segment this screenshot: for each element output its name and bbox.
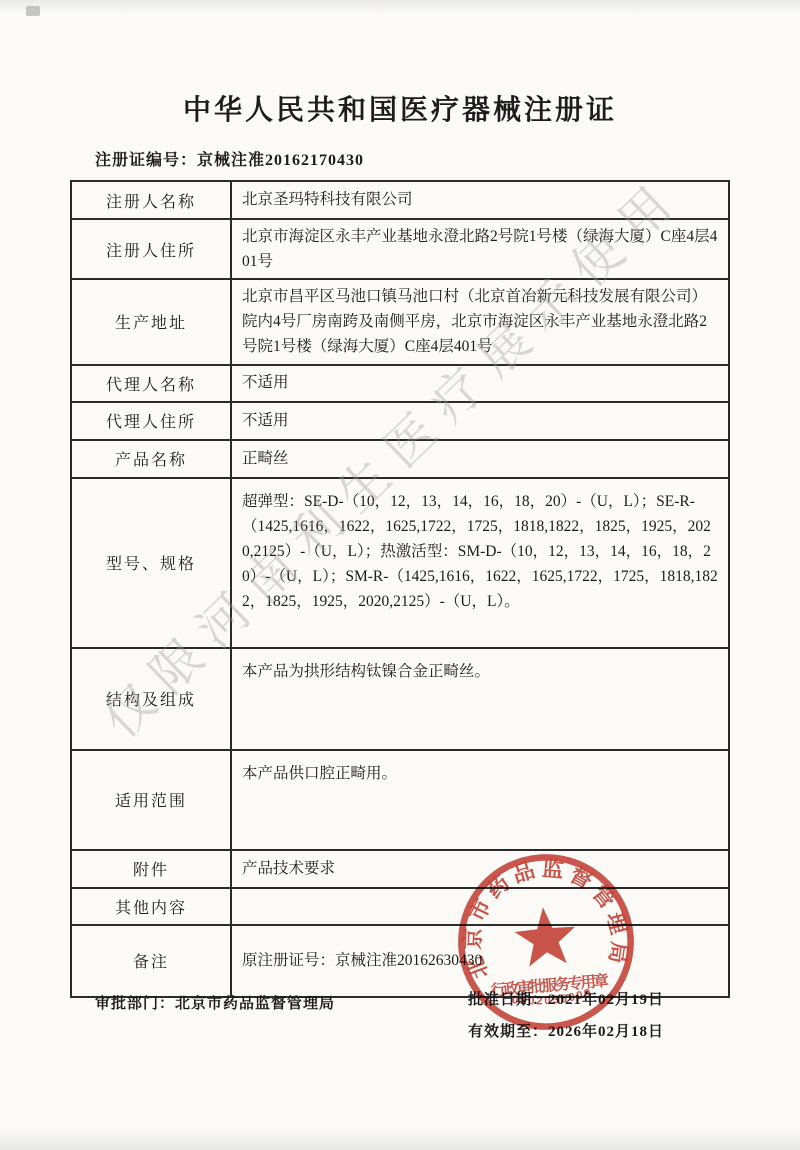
footer-dates: 批准日期：2021年02月19日 有效期至：2026年02月18日 [468, 988, 664, 1052]
table-row: 其他内容 [72, 889, 728, 926]
row-value: 不适用 [232, 366, 728, 401]
row-label: 结构及组成 [72, 649, 232, 749]
registration-number-value: 京械注准20162170430 [197, 152, 364, 169]
certificate-page: 仅限河南利生医疗展示使用 中华人民共和国医疗器械注册证 注册证编号：京械注准20… [0, 0, 800, 1150]
row-label: 注册人住所 [72, 220, 232, 278]
table-row: 结构及组成 本产品为拱形结构钛镍合金正畸丝。 [72, 649, 728, 751]
row-label: 附件 [72, 851, 232, 887]
table-row: 注册人住所 北京市海淀区永丰产业基地永澄北路2号院1号楼（绿海大厦）C座4层40… [72, 220, 728, 280]
table-row: 备注 原注册证号：京械注准20162630430 [72, 926, 728, 996]
row-label: 代理人住所 [72, 403, 232, 439]
approval-date: 批准日期：2021年02月19日 [468, 988, 664, 1009]
row-label: 适用范围 [72, 751, 232, 849]
row-label: 注册人名称 [72, 182, 232, 218]
table-row: 代理人名称 不适用 [72, 366, 728, 403]
row-value: 超弹型：SE-D-（10，12，13，14，16，18，20）-（U，L）；SE… [232, 479, 728, 647]
table-row: 代理人住所 不适用 [72, 403, 728, 441]
row-value: 北京市昌平区马池口镇马池口村（北京首冶新元科技发展有限公司）院内4号厂房南跨及南… [232, 280, 728, 363]
scan-artifact [26, 6, 40, 16]
row-label: 备注 [72, 926, 232, 996]
registration-number-line: 注册证编号：京械注准20162170430 [95, 147, 364, 170]
row-value: 北京市海淀区永丰产业基地永澄北路2号院1号楼（绿海大厦）C座4层401号 [232, 220, 728, 278]
approval-department: 审批部门：北京市药品监督管理局 [95, 992, 335, 1013]
row-label: 生产地址 [72, 280, 232, 363]
row-value: 本产品供口腔正畸用。 [232, 751, 728, 849]
row-value: 原注册证号：京械注准20162630430 [232, 926, 728, 996]
table-row: 适用范围 本产品供口腔正畸用。 [72, 751, 728, 851]
table-row: 生产地址 北京市昌平区马池口镇马池口村（北京首冶新元科技发展有限公司）院内4号厂… [72, 280, 728, 365]
row-label: 型号、规格 [72, 479, 232, 647]
row-value: 不适用 [232, 403, 728, 439]
certificate-table: 注册人名称 北京圣玛特科技有限公司 注册人住所 北京市海淀区永丰产业基地永澄北路… [70, 180, 730, 998]
row-value: 产品技术要求 [232, 851, 728, 887]
valid-until-date: 有效期至：2026年02月18日 [468, 1020, 664, 1041]
table-row: 注册人名称 北京圣玛特科技有限公司 [72, 182, 728, 220]
registration-number-label: 注册证编号： [95, 152, 197, 169]
table-row: 型号、规格 超弹型：SE-D-（10，12，13，14，16，18，20）-（U… [72, 479, 728, 649]
row-label: 其他内容 [72, 889, 232, 924]
page-title: 中华人民共和国医疗器械注册证 [0, 88, 800, 128]
row-value [232, 889, 728, 924]
table-row: 附件 产品技术要求 [72, 851, 728, 889]
row-value: 北京圣玛特科技有限公司 [232, 182, 728, 218]
table-row: 产品名称 正畸丝 [72, 441, 728, 479]
row-label: 产品名称 [72, 441, 232, 477]
row-value: 正畸丝 [232, 441, 728, 477]
row-value: 本产品为拱形结构钛镍合金正畸丝。 [232, 649, 728, 749]
row-label: 代理人名称 [72, 366, 232, 401]
